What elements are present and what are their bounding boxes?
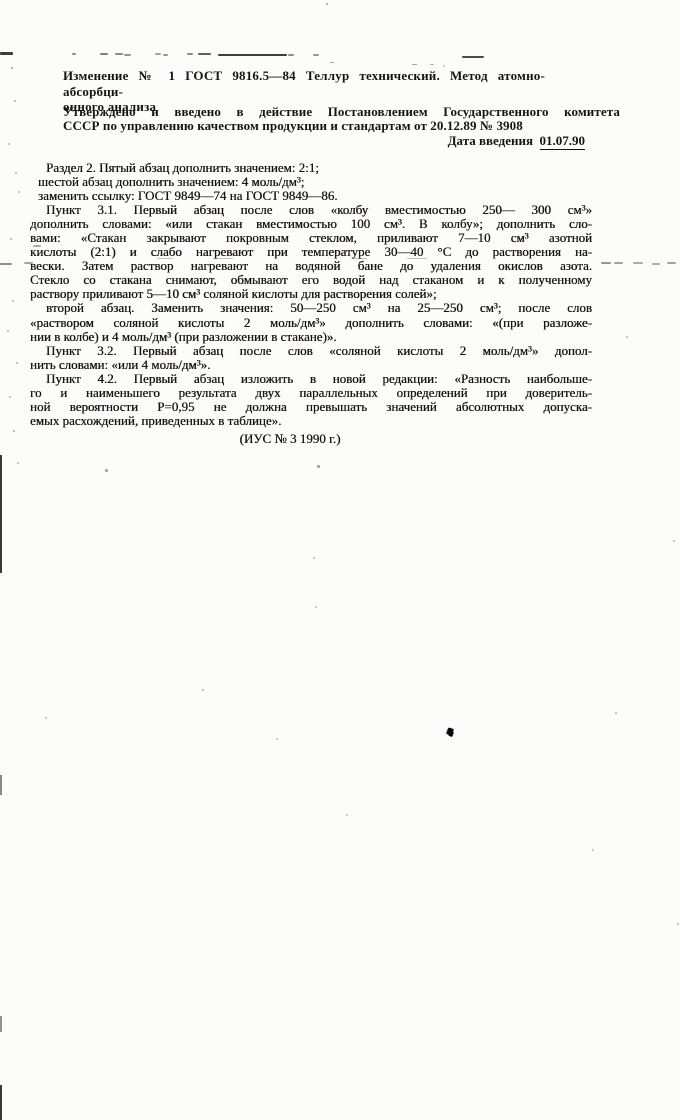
page-edge-strip bbox=[0, 1085, 2, 1120]
ink-blot bbox=[446, 727, 454, 736]
text-line: дополнить словами: «или стакан вместимос… bbox=[30, 217, 592, 231]
scan-rule-fragment bbox=[198, 53, 211, 55]
text-line: Стекло со стакана снимают, обмывают его … bbox=[30, 273, 592, 287]
dust-speck bbox=[12, 300, 14, 302]
source-note: (ИУС № 3 1990 г.) bbox=[9, 432, 571, 446]
scan-rule-fragment bbox=[155, 53, 161, 55]
document-body: Раздел 2. Пятый абзац дополнить значение… bbox=[30, 161, 592, 428]
text-line: Изменение № 1 ГОСТ 9816.5—84 Теллур техн… bbox=[63, 68, 545, 99]
scan-rule-fragment bbox=[124, 54, 131, 56]
fold-line-dash bbox=[24, 262, 33, 264]
dust-speck bbox=[315, 606, 317, 608]
scan-rule-fragment bbox=[288, 54, 294, 56]
text-line: Пункт 3.2. Первый абзац после слов «соля… bbox=[30, 344, 592, 358]
scan-rule-fragment bbox=[412, 64, 417, 65]
dust-speck bbox=[11, 67, 13, 69]
text-line: раствору приливают 5—10 см³ соляной кисл… bbox=[30, 287, 592, 301]
dust-speck bbox=[7, 330, 9, 332]
dust-speck bbox=[17, 462, 19, 464]
dust-speck bbox=[326, 3, 328, 5]
fold-line-dash bbox=[652, 263, 660, 265]
dust-speck bbox=[443, 65, 445, 67]
paragraph: Раздел 2. Пятый абзац дополнить значение… bbox=[30, 161, 592, 175]
paragraph: Пункт 3.1. Первый абзац после слов «колб… bbox=[30, 203, 592, 301]
dust-speck bbox=[615, 712, 617, 714]
text-line: вами: «Стакан закрывают покровным стекло… bbox=[30, 231, 592, 245]
scan-rule-fragment bbox=[100, 53, 108, 55]
text-line: го и наименьшего результата двух паралле… bbox=[30, 386, 592, 400]
dust-speck bbox=[10, 238, 12, 240]
text-line: нии в колбе) и 4 моль/дм³ (при разложени… bbox=[30, 330, 592, 344]
dust-speck bbox=[45, 717, 47, 719]
text-line: вески. Затем раствор нагревают на водяно… bbox=[30, 259, 592, 273]
paragraph: второй абзац. Заменить значения: 50—250 … bbox=[30, 301, 592, 343]
dust-speck bbox=[626, 336, 628, 338]
dust-speck bbox=[317, 465, 320, 468]
scan-rule-fragment bbox=[218, 54, 287, 56]
text-line: Утверждено и введено в действие Постанов… bbox=[63, 105, 620, 119]
dust-speck bbox=[16, 362, 18, 364]
introduction-date-label: Дата введения bbox=[448, 133, 533, 148]
scan-rule-fragment bbox=[313, 54, 319, 56]
paragraph: Пункт 4.2. Первый абзац изложить в новой… bbox=[30, 372, 592, 428]
scan-rule-fragment bbox=[0, 52, 13, 55]
dust-speck bbox=[592, 849, 594, 851]
dust-speck bbox=[346, 814, 348, 816]
paragraph: заменить ссылку: ГОСТ 9849—74 на ГОСТ 98… bbox=[30, 189, 592, 203]
dust-speck bbox=[276, 738, 278, 740]
fold-line-dash bbox=[614, 262, 623, 264]
paragraph: Пункт 3.2. Первый абзац после слов «соля… bbox=[30, 344, 592, 372]
scan-rule-fragment bbox=[187, 53, 193, 55]
introduction-date-line: Дата введения 01.07.90 bbox=[63, 134, 585, 148]
dust-speck bbox=[15, 172, 17, 174]
fold-line-dash bbox=[407, 258, 427, 259]
text-line: шестой абзац дополнить значением: 4 моль… bbox=[30, 175, 592, 189]
text-line: «раствором соляной кислоты 2 моль/дм³» д… bbox=[30, 316, 592, 330]
text-line: Раздел 2. Пятый абзац дополнить значение… bbox=[30, 161, 592, 175]
page-edge-strip bbox=[0, 455, 2, 573]
scan-rule-fragment bbox=[72, 53, 76, 55]
scan-rule-fragment bbox=[330, 62, 334, 63]
fold-line-dash bbox=[353, 258, 367, 259]
page-edge-strip bbox=[0, 1016, 2, 1032]
text-line: ной вероятности Р=0,95 не должна превыша… bbox=[30, 400, 592, 414]
dust-speck bbox=[9, 396, 11, 398]
fold-line-dash bbox=[667, 262, 676, 264]
text-line: второй абзац. Заменить значения: 50—250 … bbox=[30, 301, 592, 315]
page-edge-strip bbox=[0, 775, 2, 795]
text-line: нить словами: «или 4 моль/дм³». bbox=[30, 358, 592, 372]
scanned-document-page: Изменение № 1 ГОСТ 9816.5—84 Теллур техн… bbox=[0, 0, 680, 1120]
text-line: Пункт 4.2. Первый абзац изложить в новой… bbox=[30, 372, 592, 386]
approval-statement: Утверждено и введено в действие Постанов… bbox=[63, 105, 620, 133]
text-line: заменить ссылку: ГОСТ 9849—74 на ГОСТ 98… bbox=[30, 189, 592, 203]
fold-line-dash bbox=[0, 263, 12, 265]
paragraph: шестой абзац дополнить значением: 4 моль… bbox=[30, 175, 592, 189]
fold-line-dash bbox=[633, 262, 643, 264]
scan-rule-fragment bbox=[430, 64, 434, 65]
scan-rule-fragment bbox=[115, 53, 123, 55]
dust-speck bbox=[14, 100, 16, 102]
scan-rule-fragment bbox=[462, 56, 484, 58]
dust-speck bbox=[13, 430, 15, 432]
text-line: кислоты (2:1) и слабо нагревают при темп… bbox=[30, 245, 592, 259]
dust-speck bbox=[673, 540, 675, 542]
dust-speck bbox=[202, 689, 204, 691]
dust-speck bbox=[677, 923, 679, 925]
dust-speck bbox=[8, 143, 10, 145]
text-line: Пункт 3.1. Первый абзац после слов «колб… bbox=[30, 203, 592, 217]
introduction-date-value: 01.07.90 bbox=[540, 133, 586, 150]
fold-line-dash bbox=[33, 245, 41, 247]
fold-line-dash bbox=[157, 258, 173, 259]
text-line: СССР по управлению качеством продукции и… bbox=[63, 119, 620, 133]
text-line: емых расхождений, приведенных в таблице»… bbox=[30, 414, 592, 428]
dust-speck bbox=[313, 557, 315, 559]
scan-rule-fragment bbox=[163, 54, 168, 56]
dust-speck bbox=[18, 191, 20, 193]
fold-line-dash bbox=[213, 258, 233, 259]
dust-speck bbox=[105, 469, 108, 472]
fold-line-dash bbox=[601, 262, 611, 264]
